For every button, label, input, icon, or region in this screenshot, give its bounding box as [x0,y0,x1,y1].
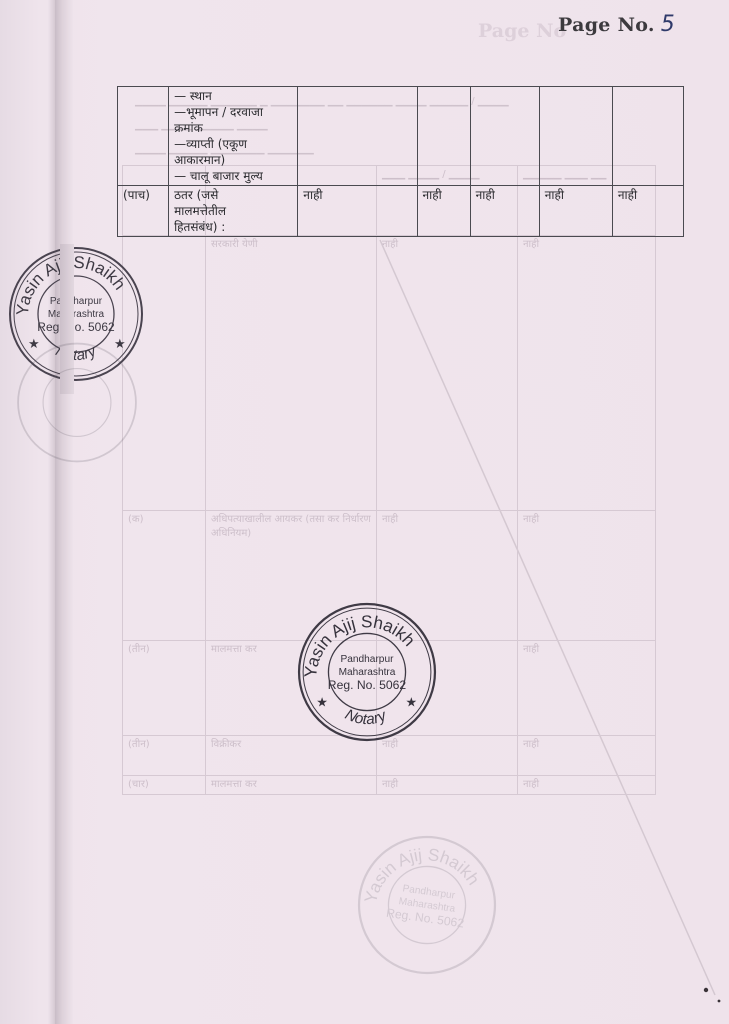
table-cell: नाही [298,186,417,237]
svg-text:Pandharpur: Pandharpur [50,296,103,307]
table-cell [298,87,417,186]
table-row: — स्थान —भूमापन / दरवाजा क्रमांक —व्याप्… [118,87,684,186]
notary-stamp-center: Yasin Ajij Shaikh Pandharpur Maharashtra… [296,601,438,743]
page-number-ghost: Page No [478,20,566,42]
table-cell [612,87,683,186]
svg-text:Notary: Notary [342,706,390,728]
notary-stamp-faint-left [2,340,152,465]
svg-text:Maharashtra: Maharashtra [339,667,396,678]
table-cell [417,87,470,186]
svg-text:Reg. No. 5062: Reg. No. 5062 [37,320,115,334]
svg-text:Pandharpur: Pandharpur [341,654,395,665]
svg-text:★: ★ [406,694,418,709]
table-cell: नाही [612,186,683,237]
table-cell: नाही [470,186,539,237]
binding-fold [55,0,73,1024]
page-number-value: 5 [661,12,675,37]
page-label: Page No. [558,14,655,36]
table-row: (पाच) ठतर (जसे मालमत्तेतील हितसंबंध) : न… [118,186,684,237]
notary-stamp-show-through: Yasin Ajij Shaikh Pandharpur Maharashtra… [347,825,507,985]
row-description: ठतर (जसे मालमत्तेतील हितसंबंध) : [169,186,298,237]
row-index [118,87,169,186]
property-details-table: — स्थान —भूमापन / दरवाजा क्रमांक —व्याप्… [117,86,684,237]
svg-text:Maharashtra: Maharashtra [48,309,105,320]
page-number: Page No.5 [558,12,675,37]
svg-text:Reg. No. 5062: Reg. No. 5062 [328,678,407,692]
row-description: — स्थान —भूमापन / दरवाजा क्रमांक —व्याप्… [169,87,298,186]
table-cell: नाही [539,186,612,237]
row-index: (पाच) [118,186,169,237]
table-cell [470,87,539,186]
svg-text:★: ★ [316,694,328,709]
table-cell [539,87,612,186]
table-cell: नाही [417,186,470,237]
